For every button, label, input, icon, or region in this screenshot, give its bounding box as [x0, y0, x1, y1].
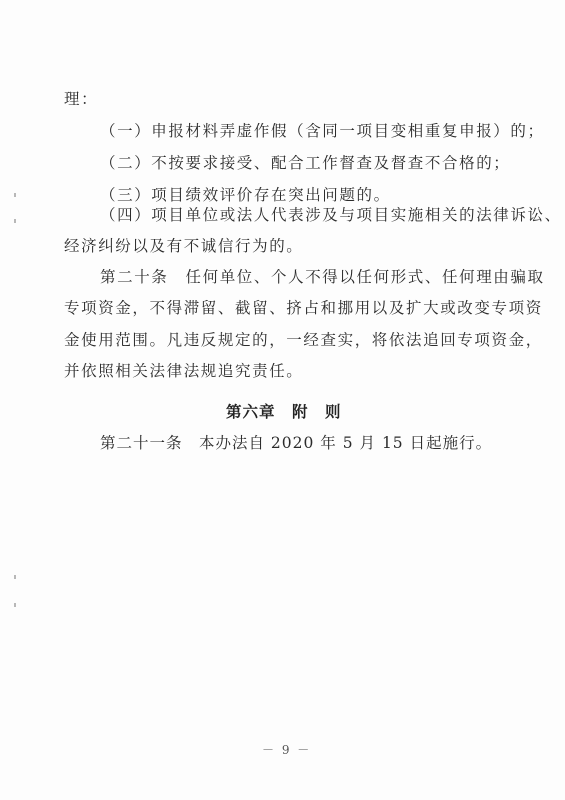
margin-mark [14, 193, 16, 197]
chapter-title: 第六章 附 则 [226, 402, 342, 422]
list-item-1: （一）申报材料弄虚作假（含同一项目变相重复申报）的； [100, 121, 545, 141]
document-page: 理： （一）申报材料弄虚作假（含同一项目变相重复申报）的； （二）不按要求接受、… [0, 0, 565, 800]
list-item-4: （四）项目单位或法人代表涉及与项目实施相关的法律诉讼、 [100, 205, 562, 225]
article-21: 第二十一条 本办法自 2020 年 5 月 15 日起施行。 [100, 433, 492, 453]
list-item-3: （三）项目绩效评价存在突出问题的。 [100, 185, 391, 205]
article-20-line-2: 专项资金，不得滞留、截留、挤占和挪用以及扩大或改变专项资 [64, 298, 543, 318]
margin-mark [14, 575, 16, 579]
margin-mark [14, 219, 16, 223]
paragraph-line: 理： [64, 89, 98, 109]
paragraph-line: 经济纠纷以及有不诚信行为的。 [64, 236, 303, 256]
article-20-line-4: 并依照相关法律法规追究责任。 [64, 361, 303, 381]
article-20-line-1: 第二十条 任何单位、个人不得以任何形式、任何理由骗取 [100, 267, 545, 287]
page-number: － 9 － [262, 743, 311, 757]
list-item-2: （二）不按要求接受、配合工作督查及督查不合格的； [100, 153, 510, 173]
margin-mark [14, 603, 16, 607]
article-20-line-3: 金使用范围。凡违反规定的，一经查实，将依法追回专项资金， [64, 330, 543, 350]
